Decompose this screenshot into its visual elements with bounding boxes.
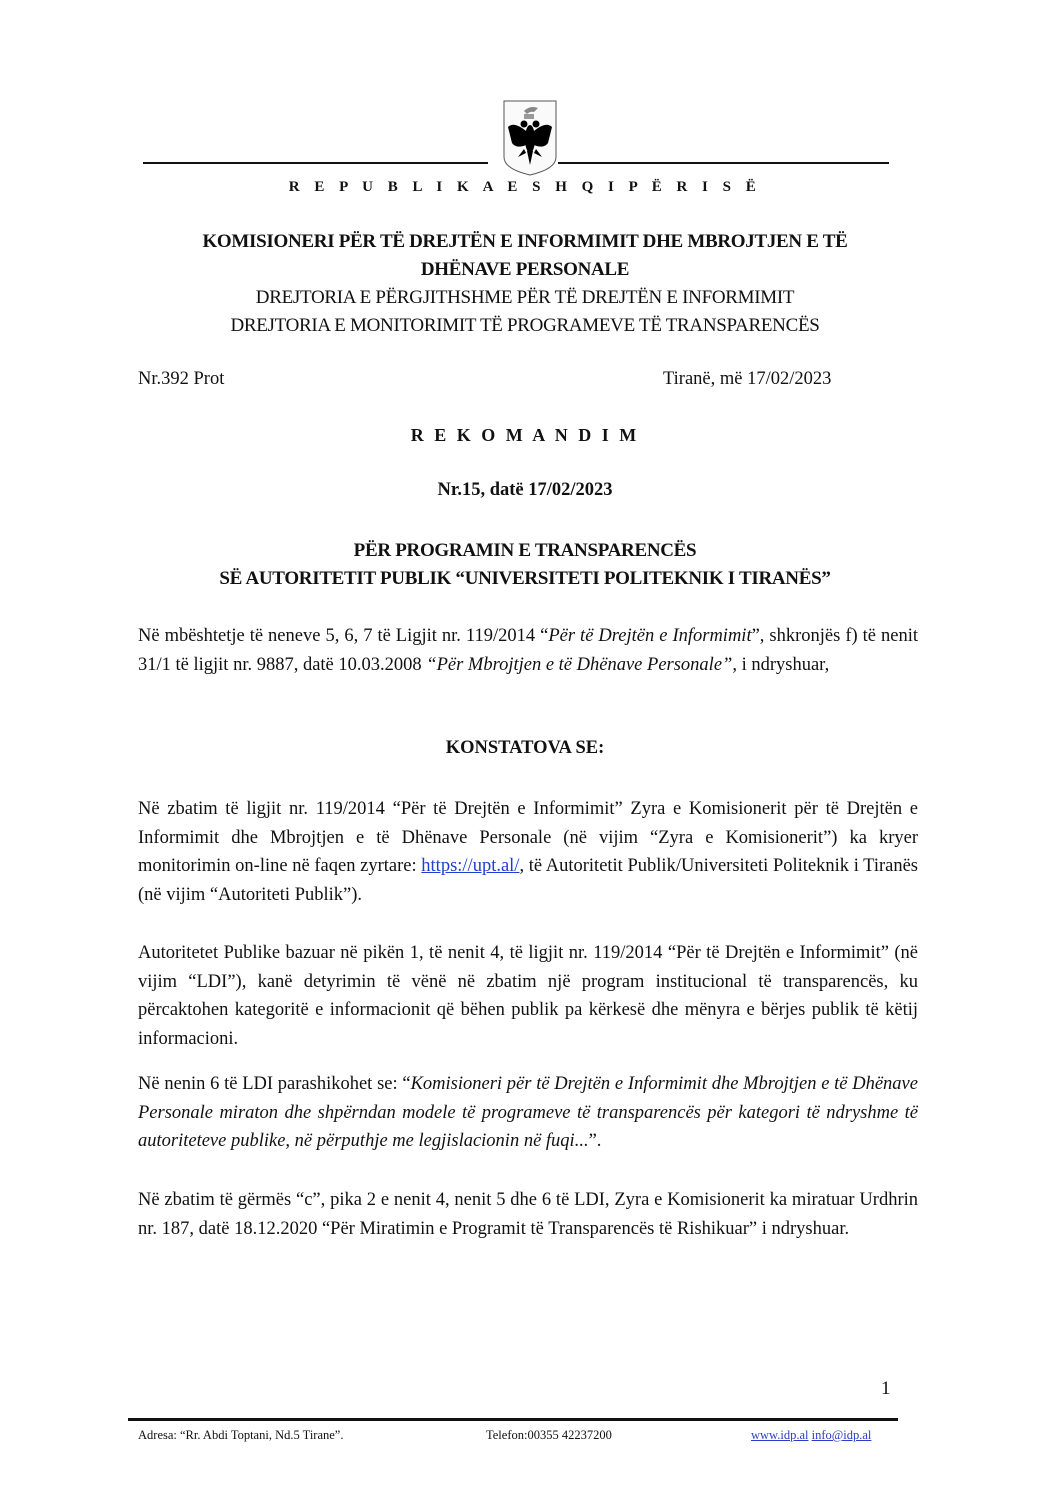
directorate-general: DREJTORIA E PËRGJITHSHME PËR TË DREJTËN … [130,284,920,312]
footer-divider [128,1418,898,1421]
subject-line1: PËR PROGRAMIN E TRANSPARENCËS [130,537,920,565]
page-number: 1 [881,1378,891,1400]
footer-address: Adresa: “Rr. Abdi Toptani, Nd.5 Tirane”. [138,1428,343,1443]
preamble-text: i ndryshuar, [737,655,829,675]
place-date: Tiranë, më 17/02/2023 [663,369,831,390]
paragraph-order: Në zbatim të gërmës “c”, pika 2 e nenit … [138,1186,918,1243]
paragraph-text: ”. [589,1131,602,1151]
albania-coat-of-arms-icon [500,99,560,177]
law-title-italic: Për të Drejtën e Informimit [548,626,751,646]
header-divider-left [143,162,488,164]
country-name: R E P U B L I K A E S H Q I P Ë R I S Ë [130,179,920,196]
institution-name-line1: KOMISIONERI PËR TË DREJTËN E INFORMIMIT … [130,228,920,256]
preamble-paragraph: Në mbështetje të neneve 5, 6, 7 të Ligji… [138,622,918,679]
protocol-number: Nr.392 Prot [138,369,224,390]
section-heading: KONSTATOVA SE: [130,738,920,759]
paragraph-monitoring: Në zbatim të ligjit nr. 119/2014 “Për të… [138,795,918,909]
subject-line2: SË AUTORITETIT PUBLIK “UNIVERSITETI POLI… [130,565,920,593]
paragraph-article6: Në nenin 6 të LDI parashikohet se: “Komi… [138,1070,918,1156]
directorate-monitoring: DREJTORIA E MONITORIMIT TË PROGRAMEVE TË… [130,312,920,340]
paragraph-text: Në nenin 6 të LDI parashikohet se: “ [138,1074,411,1094]
paragraph-obligation: Autoritetet Publike bazuar në pikën 1, t… [138,939,918,1053]
footer-email-link[interactable]: info@idp.al [812,1428,872,1442]
header-divider-right [558,162,889,164]
law-title-italic: “Për Mbrojtjen e të Dhënave Personale”, [426,655,737,675]
footer-phone: Telefon:00355 42237200 [486,1428,612,1443]
document-type: R E K O M A N D I M [130,425,920,446]
institution-name-line2: DHËNAVE PERSONALE [130,256,920,284]
preamble-text: Në mbështetje të neneve 5, 6, 7 të Ligji… [138,626,548,646]
footer-website-link[interactable]: www.idp.al [751,1428,809,1442]
upt-website-link[interactable]: https://upt.al/ [421,856,519,876]
document-number-date: Nr.15, datë 17/02/2023 [130,480,920,501]
